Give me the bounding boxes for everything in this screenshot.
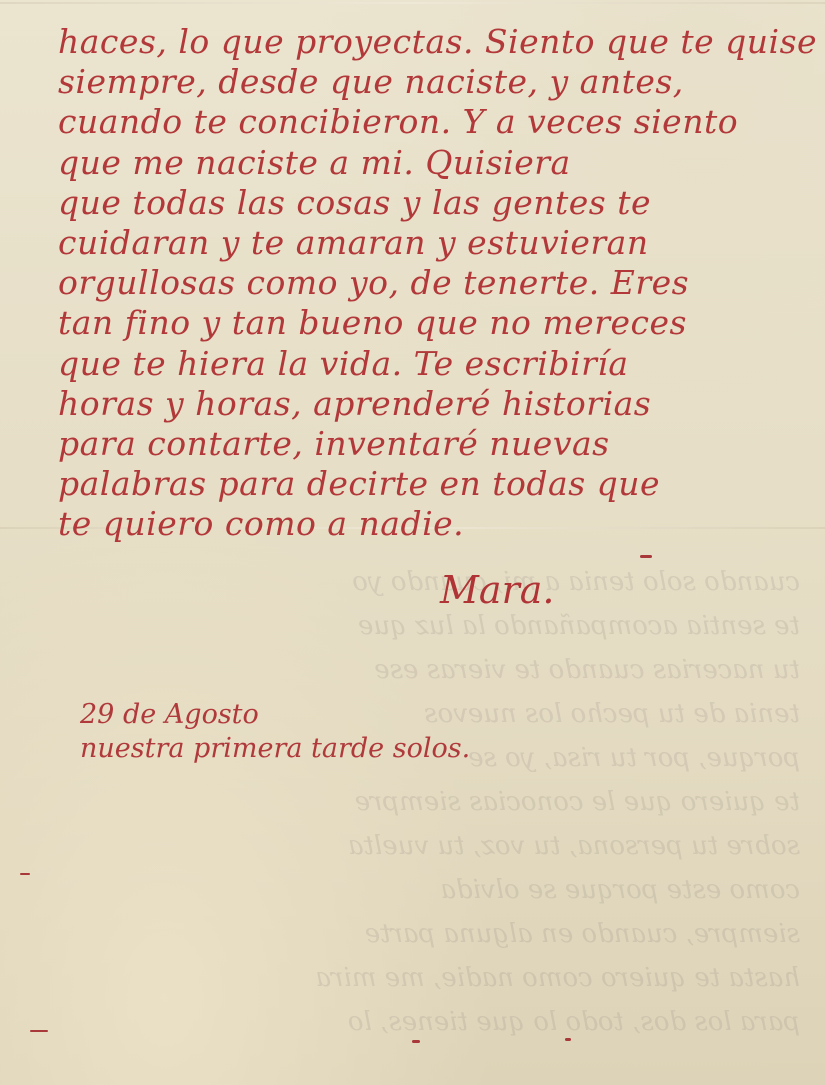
body-line: cuidaran y te amaran y estuvieran xyxy=(58,223,817,263)
body-line: siempre, desde que naciste, y antes, xyxy=(58,62,817,102)
ink-mark xyxy=(565,1038,571,1041)
body-line: te quiero como a nadie. xyxy=(58,504,817,544)
body-line: haces, lo que proyectas. Siento que te q… xyxy=(58,22,817,62)
body-line: cuando te concibieron. Y a veces siento xyxy=(58,102,817,142)
body-line: que todas las cosas y las gentes te xyxy=(58,183,817,223)
body-line: que me naciste a mi. Quisiera xyxy=(58,143,817,183)
body-line: tan fino y tan bueno que no mereces xyxy=(58,303,817,343)
body-line: orgullosas como yo, de tenerte. Eres xyxy=(58,263,817,303)
letter-body: haces, lo que proyectas. Siento que te q… xyxy=(58,22,817,544)
show-through-text: cuando solo tenia a mi, cuando yo te sen… xyxy=(40,560,800,1044)
letter-footer: 29 de Agosto nuestra primera tarde solos… xyxy=(80,698,470,766)
footer-date: 29 de Agosto xyxy=(80,698,470,732)
body-line: que te hiera la vida. Te escribiría xyxy=(58,344,817,384)
ink-mark xyxy=(640,555,652,558)
ink-mark xyxy=(20,873,30,875)
letter-page: cuando solo tenia a mi, cuando yo te sen… xyxy=(0,0,825,1085)
ink-mark xyxy=(30,1030,48,1032)
body-line: horas y horas, aprenderé historias xyxy=(58,384,817,424)
paper-top-edge xyxy=(0,2,825,4)
ink-mark xyxy=(412,1040,420,1043)
body-line: palabras para decirte en todas que xyxy=(58,464,817,504)
signature: Mara. xyxy=(440,568,554,612)
body-line: para contarte, inventaré nuevas xyxy=(58,424,817,464)
footer-note: nuestra primera tarde solos. xyxy=(80,732,470,766)
